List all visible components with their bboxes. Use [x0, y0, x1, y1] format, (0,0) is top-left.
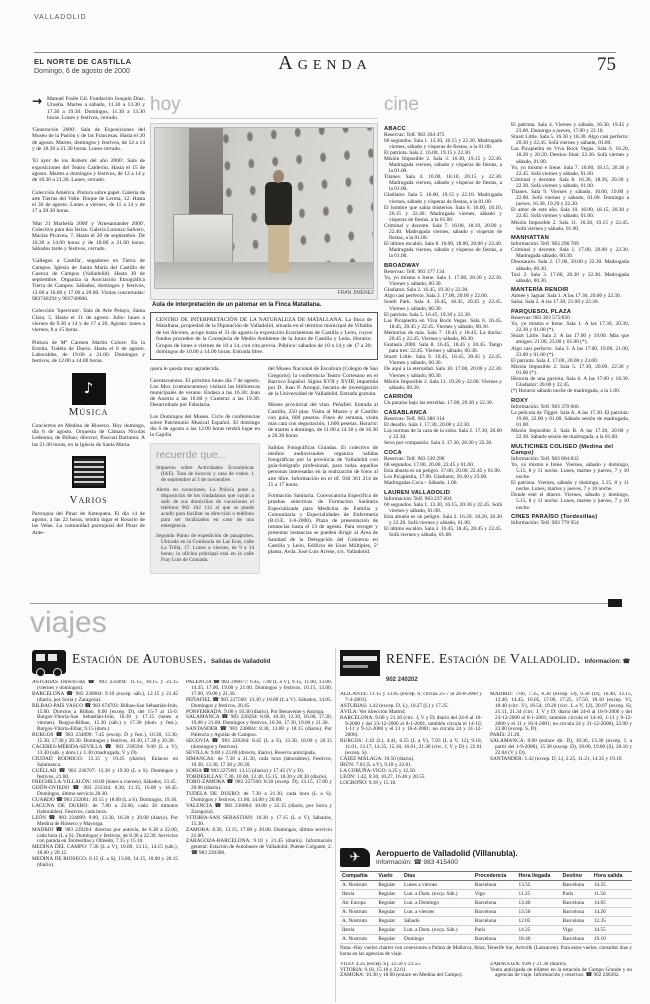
film-listing: Misión Imposible 2. Sala 3. 16.30, 19.15…	[384, 156, 502, 174]
film-listing: Misión Imposible 2. Sala 11. 16.30, 19.1…	[511, 220, 629, 232]
film-listing: Las Picapiedra en Viva Rock Vegas. Sala …	[384, 318, 502, 330]
film-listing: El hombre que sabía misterios. Sala 6. 1…	[384, 205, 502, 223]
film-listing: Donde esté el dinero. Viernes, sábado y …	[511, 492, 629, 510]
flights-table: CompañíaVueloDíasProcedenciaHora llegada…	[340, 871, 632, 944]
flight-cell: 14.05	[592, 899, 632, 908]
agenda-item: Manuel Fraile Gil. Fundación Joaquín Día…	[32, 96, 145, 121]
film-listing: Criminal y decente. Sala 1. 17.00, 20.00…	[511, 247, 629, 259]
flight-column-header: Compañía	[340, 872, 376, 881]
flight-row: IberiaRegularLun. a Dom. (excp. Sáb.)Vig…	[340, 890, 632, 899]
varios-section-title: Varios	[32, 494, 145, 506]
flight-row: A. NostrumRegularDomingoBarcelona18.40Ba…	[340, 935, 632, 944]
page-number: 75	[597, 54, 616, 76]
bus-schedule-column-2: PALENCIA ☎ 983 206677: 6.45, 7.40 (L a V…	[186, 680, 332, 869]
flight-cell: 14.25	[516, 926, 560, 935]
flight-row: A. NostrumRegularLun. a viernesBarcelona…	[340, 908, 632, 917]
exhibition-list: Manuel Fraile Gil. Fundación Joaquín Día…	[32, 96, 145, 365]
train-schedule-entry: BARCELONA: 9.00 y 21.30 (circ. J, V y D;…	[340, 716, 482, 740]
music-icon: ♪	[72, 373, 106, 405]
hoy-paragraph: del Museo Nacional de Escultura (Colegio…	[268, 366, 378, 397]
film-listing: 60 segundos. Sala 1. 13.30, 16.15 y 22.3…	[384, 138, 502, 150]
agenda-item: 'Generación 2000'. Sala de Exposiciones …	[32, 127, 145, 152]
viajes-divider	[30, 603, 620, 604]
flight-cell: 13.50	[516, 908, 560, 917]
film-listing: La película de Tigger. Sala A. A las 17.…	[511, 410, 629, 428]
flight-cell: 13.55	[516, 881, 560, 890]
flight-cell: A. Nostrum	[340, 935, 376, 944]
photo-caption: Aula de interpretación de un palomar en …	[152, 302, 378, 308]
lead-paragraph: CENTRO DE INTERPRETACIÓN DE LA NATURALEZ…	[150, 312, 378, 360]
bus-schedule-entry: MEDINA DE RIOSECO: 8.15 (L a S), 13.00, …	[32, 857, 178, 869]
flight-cell: Regular	[376, 908, 402, 917]
agenda-item: 'Mar 21 Marbella 2000' y 'Artesantander …	[32, 221, 145, 252]
reminders-title: recuerde que...	[156, 449, 254, 461]
flight-cell: Regular	[376, 899, 402, 908]
flight-cell: Barcelona	[561, 881, 592, 890]
flight-cell: Barcelona	[473, 917, 517, 926]
renfe-titles: RENFE. Estación de Valladolid. Informaci…	[386, 650, 632, 686]
hoy-paragraph: Salidas Fotográficas Guiadas. El colecti…	[268, 445, 378, 488]
film-listing: Yo, yo mismo e Irene. Sala 1. A las 17.3…	[511, 321, 629, 333]
train-stripe	[343, 665, 368, 668]
film-listing: El patriota. Sala 4. Viernes y sábado, 1…	[511, 122, 629, 134]
flight-cell: Barcelona	[473, 899, 517, 908]
reminder-item: Segundo Punto de expedición de pasaporte…	[156, 533, 254, 563]
flight-cell: Lun. a Dom. (excp. Sáb.)	[402, 890, 473, 899]
cine-section: cine ABACCReservas: Telf. 983 364 47560 …	[384, 94, 630, 602]
hoy-paragraph: Los Domingos del Museo. Ciclo de confere…	[150, 414, 260, 439]
renfe-extra-columns: VIGO: 4.25 (excep. S), 12.50 y 23.55.VIT…	[340, 962, 632, 980]
bus-icon	[32, 650, 66, 674]
film-listing: Misión Imposible 2. Sala 5. 17.30, 20.00…	[511, 364, 629, 376]
bus-wheel-2	[53, 668, 62, 677]
flight-cell: Barcelona	[561, 899, 592, 908]
train-window-band	[343, 656, 377, 661]
film-listing: Stuart Little. Sala 9. 16.45, 18.45, 20.…	[384, 354, 502, 366]
renfe-section: RENFE. Estación de Valladolid. Informaci…	[340, 650, 632, 846]
film-listing: Stuart Little. Sala 5. 16.30 y 18.30. Al…	[511, 134, 629, 146]
flight-cell: Regular	[376, 890, 402, 899]
cine-title: cine	[384, 94, 630, 116]
film-listing: Historia de una gaviota. Sala 6. A las 1…	[511, 376, 629, 388]
flight-column-header: Días	[402, 872, 473, 881]
flight-row: A. NostrumRegularLunes a viernesBarcelon…	[340, 881, 632, 890]
dovecote-photo	[154, 127, 374, 289]
flight-cell: Regular	[376, 935, 402, 944]
film-listing: Salsa. Sala 2. A las 17.30, 21.00 y 22.3…	[511, 299, 629, 305]
film-listing: Memorias de más. Sala 7. 16.45 y 18.45. …	[384, 330, 502, 342]
airplane-icon: ✈	[340, 848, 370, 867]
flight-cell: Vigo	[561, 926, 592, 935]
reminder-item: Impuesto sobre Actividades Económicas (I…	[156, 465, 254, 483]
flight-cell: Lun. a Dom. (excp. Sáb.)	[402, 926, 473, 935]
cine-column-1: ABACCReservas: Telf. 983 364 47560 segun…	[384, 122, 502, 539]
flight-cell: 11.25	[516, 890, 560, 899]
flight-cell: Domingo	[402, 935, 473, 944]
train-schedule-entry: MADRID: 7.00, 7.35, 8.30 (excep. D), 9.3…	[490, 692, 632, 733]
flight-cell: Barcelona	[561, 935, 592, 944]
flight-cell: Sábado	[402, 917, 473, 926]
flight-cell: Lunes a viernes	[402, 881, 473, 890]
bus-station-title: Estación de Autobuses.	[72, 651, 207, 666]
cinema-name: MULTICINES COLISEO (Medina del Campo)	[511, 444, 629, 456]
bus-schedule-entry: PEÑAFIEL ☎ 983 227560: 13.30 y 18.00 (L …	[186, 698, 332, 710]
flight-cell: 18.40	[516, 935, 560, 944]
hoy-columns: quera le queda muy agradecida.Cuentacuen…	[150, 366, 378, 574]
flight-column-header: Procedencia	[473, 872, 517, 881]
bus-station-titles: Estación de Autobuses. Salidas de Vallad…	[72, 650, 270, 668]
airport-header: ✈ Aeropuerto de Valladolid (Villanubla).…	[340, 848, 632, 867]
film-listing: Criminal y decente. Sala 7. 16.00, 18.10…	[384, 223, 502, 241]
train-schedule-entry: BURGOS: 1.42 (L), 4.41, 6.55 (L a V), 7.…	[340, 739, 482, 757]
varios-icon	[72, 456, 106, 488]
film-listing: Taxi 2. Sala 3. 17.00, 20.30 y 22.30. Ma…	[511, 272, 629, 284]
hoy-section: hoy FRAN JIMÉNEZ Aula de interpretación …	[150, 94, 378, 602]
photo-floor	[155, 262, 373, 288]
bus-schedule-entry: BILBAO-PAÍS VASCO ☎ 983 674703: Bilbao-S…	[32, 704, 178, 734]
cine-columns: ABACCReservas: Telf. 983 364 47560 segun…	[384, 122, 630, 539]
flight-cell: Vigo	[473, 890, 517, 899]
film-listing: Misión Imposible 2. Sala B. A las 17.30,…	[511, 428, 629, 440]
photo-credit: FRAN JIMÉNEZ	[154, 290, 374, 296]
film-listing: De aquí a la eternidad. Sala 10. 17.00, …	[384, 366, 502, 378]
flight-cell: Lun. a viernes	[402, 908, 473, 917]
film-listing: Titanes. Sala 9. Viernes y sábado, 16.00…	[511, 189, 629, 207]
flight-cell: Regular	[376, 917, 402, 926]
film-listing: Stuart Little. Sala 2. A las 17.00 y 19.…	[511, 333, 629, 345]
flight-column-header: Hora llegada	[516, 872, 560, 881]
train-schedule-entry: SALAMANCA: 8.00 (enlace dir. D), 10.36, …	[490, 739, 632, 757]
reminder-item: Alerta en vacaciones. La Policía pone a …	[156, 487, 254, 529]
reminders-box: recuerde que...Impuesto sobre Actividade…	[150, 443, 260, 574]
renfe-extra-column-2: ZARAGOZA: 9.00 y 21.30 (diario).Venta an…	[490, 962, 632, 980]
hoy-paragraph: Cuentacuentos. El próximo lunes día 7 de…	[150, 378, 260, 409]
flight-cell: Barcelona	[473, 935, 517, 944]
viajes-corner-mark	[608, 599, 622, 607]
reminders-list: Impuesto sobre Actividades Económicas (I…	[156, 465, 254, 563]
bus-schedule-entry: MADRID ☎ 983 220264: directos por autoví…	[32, 828, 178, 846]
flight-cell: Air Europa	[340, 899, 376, 908]
film-listing: El patriota. Viernes, sábado y domingo, …	[511, 480, 629, 492]
renfe-schedule-column-1: ALICANTE: 11.15 y 13.05 (excep. S; circu…	[340, 692, 482, 787]
film-listing: Yo, yo mismo e Irene. Sala 7. 16.00, 18.…	[511, 165, 629, 177]
film-listing: South Park. Sala 4. 16.45, 18.45, 20.45 …	[384, 299, 502, 311]
film-listing: (*) Horario sábado noche de madrugada, a…	[511, 388, 629, 394]
bus-schedule-entry: SIMANCAS: de 7.30 a 21.30, cada hora (la…	[186, 757, 332, 769]
guide-figure-legs	[268, 225, 289, 273]
film-listing: Las Picapiedra en Viva Rock Vegas. Sala …	[511, 146, 629, 164]
hoy-paragraph: Museo provincial del vino. Peñafiel. Ent…	[268, 402, 378, 439]
flight-cell: 11.50	[592, 890, 632, 899]
film-listing: Criminal y decente. Sala 8. 16.30, 18.30…	[511, 177, 629, 189]
bus-window-1	[36, 654, 45, 661]
flight-cell: Regular	[376, 926, 402, 935]
flight-cell: París	[561, 890, 592, 899]
film-listing: Sexo por compasión. Sala 3. 17.30, 20.30…	[384, 440, 502, 446]
cinema-phone: Información: Telf. 983 770 954	[511, 520, 629, 526]
music-section-title: Música	[32, 406, 145, 418]
flights-body: A. NostrumRegularLunes a viernesBarcelon…	[340, 881, 632, 944]
film-listing: Gladiator. Sala 5. 16.00, 19.15 y 22.10.…	[384, 192, 502, 204]
guide-figure	[265, 182, 292, 226]
film-listing: Dinosaurio. Sala 2. 17.00, 20.00 y 22.30…	[511, 259, 629, 271]
bus-schedule-entry: CÁCERES-MÉRIDA-SEVILLA ☎ 983 230594: 9.0…	[32, 745, 178, 757]
flight-cell: 13.40	[516, 899, 560, 908]
agenda-item: 'Gallegos a Castilla', segadores en Tier…	[32, 258, 145, 302]
bus-wheel-1	[36, 668, 45, 677]
flight-column-header: Hora salida	[592, 872, 632, 881]
flight-cell: Barcelona	[561, 908, 592, 917]
bus-station-subtitle: Salidas de Valladolid	[211, 659, 270, 665]
display-case	[173, 214, 233, 268]
bus-schedule-entry: PALENCIA ☎ 983 206677: 6.45, 7.40 (L a V…	[186, 680, 332, 698]
hoy-column-1: quera le queda muy agradecida.Cuentacuen…	[150, 366, 260, 574]
flight-cell: 14.20	[592, 908, 632, 917]
region-label: VALLADOLID	[34, 14, 87, 21]
hoy-title: hoy	[150, 94, 378, 119]
cine-column-2: El patriota. Sala 4. Viernes y sábado, 1…	[511, 122, 629, 539]
renfe-schedule-column-2: MADRID: 7.00, 7.35, 8.30 (excep. D), 9.3…	[490, 692, 632, 787]
flight-cell: A. Nostrum	[340, 917, 376, 926]
flight-cell: Barcelona	[561, 917, 592, 926]
flight-cell: 14.55	[592, 926, 632, 935]
music-section-header: ♪ Música	[32, 373, 145, 418]
flight-column-header: Vuelo	[376, 872, 402, 881]
flight-column-header: Destino	[561, 872, 592, 881]
newspaper-page: VALLADOLID EL NORTE DE CASTILLA Domingo,…	[0, 0, 650, 1004]
viajes-column-separator	[335, 648, 336, 1002]
flight-row: IberiaRegularLun. a Dom. (excp. Sáb.)Par…	[340, 926, 632, 935]
viajes-title: viajes	[30, 606, 107, 640]
film-listing: Fantasía 2000. Sala 8. 16.45, 18.45 y 20…	[384, 342, 502, 354]
photo-frame: FRAN JIMÉNEZ	[150, 123, 378, 300]
flights-header-row: CompañíaVueloDíasProcedenciaHora llegada…	[340, 872, 632, 881]
film-listing: Misión Imposible 2. Sala 11. 19.20 y 22.…	[384, 379, 502, 391]
bus-window-2	[48, 654, 57, 661]
renfe-extra-column-1: VIGO: 4.25 (excep. S), 12.50 y 23.55.VIT…	[340, 962, 482, 980]
bus-schedule-entry: LEÓN ☎ 983 234099: 9.00, 13.30, 16.30 y …	[32, 816, 178, 828]
varios-section-header: Varios	[32, 456, 145, 506]
train-schedule-entry: ZAMORA: 10.36 y 18.00 (enlace en Medina …	[340, 973, 482, 979]
flight-cell: Lun. a Domingo	[402, 899, 473, 908]
bus-schedule-entry: BARCELONA ☎ 983 230084: 9.10 (excep. sáb…	[32, 692, 178, 704]
flight-row: Air EuropaRegularLun. a DomingoBarcelona…	[340, 899, 632, 908]
flight-row: A. NostrumRegularSábadoBarcelona12.05Bar…	[340, 917, 632, 926]
film-listing: Titanes. Sala 4. 16.00, 18.10, 20.15 y 2…	[384, 174, 502, 192]
bus-schedule-entry: CIUDAD RODRIGO: 13.15 y 19.45 (diario). …	[32, 757, 178, 769]
bus-schedule-columns: ASTURIAS Directo-ida ☎ 983 235094: 11.15…	[32, 680, 332, 869]
flight-cell: 12.35	[592, 917, 632, 926]
train-schedule-entry: LOGROÑO: 9.18 y 15.18.	[340, 781, 482, 787]
renfe-header: RENFE. Estación de Valladolid. Informaci…	[340, 650, 632, 686]
film-listing: El amor de este año. Sala 10. 16.00, 18.…	[511, 207, 629, 219]
music-item: Conciertos en Medina de Rioseco. Hoy dom…	[32, 423, 145, 448]
renfe-title: RENFE. Estación de Valladolid.	[386, 651, 581, 666]
airport-titles: Aeropuerto de Valladolid (Villanubla). I…	[376, 849, 518, 866]
film-listing: Algo casi perfecto. Sala 3. A las 17.00,…	[511, 346, 629, 358]
flight-cell: Iberia	[340, 890, 376, 899]
varios-item: Parroquia del Pinar de Antequera. El día…	[32, 511, 145, 536]
film-listing: Madrugadas Coca – Sábado, 1.00.	[384, 480, 502, 486]
flight-cell: A. Nostrum	[340, 908, 376, 917]
flight-cell: Regular	[376, 881, 402, 890]
airport-info: Información: ☎ 983 415400	[376, 858, 518, 866]
exhibitions-column: Manuel Fraile Gil. Fundación Joaquín Día…	[32, 96, 145, 601]
renfe-schedule-columns: ALICANTE: 11.15 y 13.05 (excep. S; circu…	[340, 692, 632, 787]
flight-cell: 19.10	[592, 935, 632, 944]
bus-schedule-entry: ZARAGOZA-BARCELONA: 9.10 y 21.45 (diario…	[186, 839, 332, 857]
film-listing: Esta abuela es un peligro. Sala 2. 16.20…	[384, 514, 502, 526]
flight-cell: Barcelona	[473, 881, 517, 890]
film-listing: Yo, yo mismo e Irene. Sala 1. 17.00, 20.…	[384, 275, 502, 287]
agenda-item: 'El ayer de los Robots del año 2000'. Sa…	[32, 158, 145, 183]
flight-cell: 12.05	[516, 917, 560, 926]
bus-station-section: Estación de Autobuses. Salidas de Vallad…	[32, 650, 332, 1002]
film-listing: 60 segundos. Sala 1. 13.30, 16.15, 20.30…	[384, 502, 502, 514]
film-listing: Un paraíso bajo las estrellas. 17.00, 20…	[384, 400, 502, 406]
train-schedule-entry: SANTANDER: 1.42 (excep. D, L), 2.25, 11.…	[490, 757, 632, 763]
flight-cell: A. Nostrum	[340, 881, 376, 890]
train-schedule-entry: Venta anticipada de billetes en la estac…	[490, 968, 632, 980]
flights-note: Nota.–Hay vuelos chárter con conexiones …	[340, 946, 632, 958]
flight-cell: 14.25	[592, 881, 632, 890]
film-listing: Las normas de la casa de la sidra. Sala …	[384, 428, 502, 440]
film-listing: El último escalón. Sala 8. 16.00, 18.00,…	[384, 241, 502, 259]
guide-figure-head	[273, 170, 284, 183]
film-listing: Yo, yo mismo e Irene. Viernes, sábado y …	[511, 462, 629, 480]
agenda-item: Colección América. Pintura sobre papel. …	[32, 190, 145, 215]
bus-station-header: Estación de Autobuses. Salidas de Vallad…	[32, 650, 332, 674]
flight-cell: Barcelona	[473, 908, 517, 917]
agenda-item: Pintura de Mª Carmen Martín Colore. En l…	[32, 340, 145, 365]
hoy-column-2: del Museo Nacional de Escultura (Colegio…	[268, 366, 378, 574]
train-icon	[340, 650, 380, 676]
airport-section: ✈ Aeropuerto de Valladolid (Villanubla).…	[340, 848, 632, 1002]
bus-schedule-entry: VITORIA-SAN SEBASTIÁN: 10.30 y 17.15 (L …	[186, 816, 332, 828]
bus-schedule-column-1: ASTURIAS Directo-ida ☎ 983 235094: 11.15…	[32, 680, 178, 869]
airport-title: Aeropuerto de Valladolid (Villanubla).	[376, 849, 518, 858]
section-title: Agenda	[0, 52, 650, 75]
flight-cell: París	[473, 926, 517, 935]
hoy-paragraph: Formación Sanitaria. Convocatoria Especí…	[268, 493, 378, 555]
hoy-paragraph: quera le queda muy agradecida.	[150, 366, 260, 372]
agenda-item: Colección 'Spectrum'. Sala de Arte Pelay…	[32, 308, 145, 333]
film-listing: El último escalón. Sala 3. 16.45, 18.45,…	[384, 526, 502, 538]
flight-cell: Iberia	[340, 926, 376, 935]
